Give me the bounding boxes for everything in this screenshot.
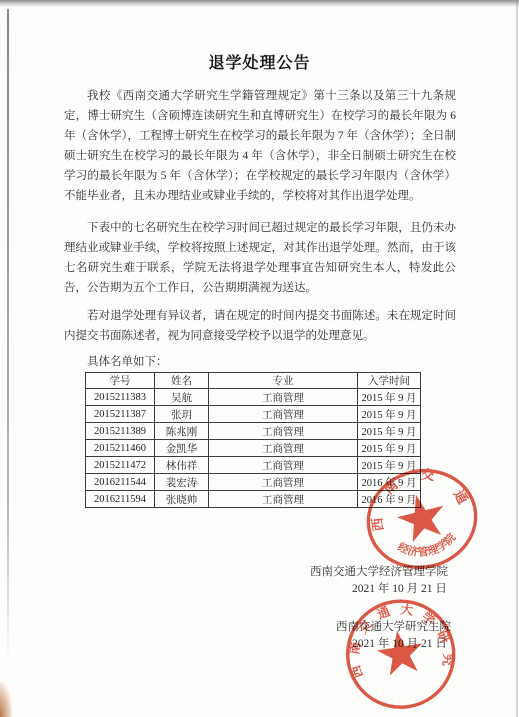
paragraph-objection: 若对退学处理有异议者，请在规定的时间内提交书面陈述。未在规定时间内提交书面陈述者… xyxy=(64,306,456,346)
cell-enroll-date: 2016 年 9 月 xyxy=(358,491,421,508)
cell-name: 裴宏涛 xyxy=(155,474,209,491)
cell-student-id: 2015211383 xyxy=(86,389,155,406)
table-row: 2015211472 林伟祥 工商管理 2015 年 9 月 xyxy=(86,457,421,474)
cell-enroll-date: 2015 年 9 月 xyxy=(358,423,421,440)
cell-major: 工商管理 xyxy=(209,406,358,423)
scanned-notice-page: 退学处理公告 我校《西南交通大学研究生学籍管理规定》第十三条以及第三十九条规定，… xyxy=(0,0,519,717)
header-major: 专业 xyxy=(209,373,358,389)
graduate-school-signature-date: 2021 年 10 月 21 日 xyxy=(352,635,447,651)
table-header-row: 学号 姓名 专业 入学时间 xyxy=(86,373,421,389)
notice-title: 退学处理公告 xyxy=(0,50,519,73)
header-name: 姓名 xyxy=(155,373,209,389)
table-row: 2015211387 张玥 工商管理 2015 年 9 月 xyxy=(86,406,421,423)
cell-name: 陈兆刚 xyxy=(155,423,209,440)
table-row: 2015211389 陈兆刚 工商管理 2015 年 9 月 xyxy=(86,423,421,440)
cell-student-id: 2015211472 xyxy=(86,457,155,474)
university-seal-stamp: 西南交通大学研究生院 xyxy=(332,587,471,717)
cell-name: 吴航 xyxy=(155,389,209,406)
cell-student-id: 2015211389 xyxy=(86,423,155,440)
cell-student-id: 2015211387 xyxy=(86,406,155,423)
cell-enroll-date: 2016 年 9 月 xyxy=(358,474,421,491)
table-row: 2016211594 张晓帅 工商管理 2016 年 9 月 xyxy=(86,491,421,508)
table-row: 2015211383 吴航 工商管理 2015 年 9 月 xyxy=(86,389,421,406)
scan-edge-left-line xyxy=(7,9,9,664)
cell-major: 工商管理 xyxy=(209,389,358,406)
cell-major: 工商管理 xyxy=(209,457,358,474)
cell-enroll-date: 2015 年 9 月 xyxy=(358,389,421,406)
paragraph-regulation: 我校《西南交通大学研究生学籍管理规定》第十三条以及第三十九条规定，博士研究生（含… xyxy=(64,86,456,206)
paragraph-announcement: 下表中的七名研究生在校学习时间已超过规定的最长学习年限，且仍未办理结业或肄业手续… xyxy=(64,218,456,298)
table-row: 2015211460 金凯华 工商管理 2015 年 9 月 xyxy=(86,440,421,457)
cell-major: 工商管理 xyxy=(209,440,358,457)
table-row: 2016211544 裴宏涛 工商管理 2016 年 9 月 xyxy=(86,474,421,491)
cell-major: 工商管理 xyxy=(209,423,358,440)
cell-enroll-date: 2015 年 9 月 xyxy=(358,440,421,457)
college-signature-org: 西南交通大学经济管理学院 xyxy=(310,563,448,579)
cell-student-id: 2016211544 xyxy=(86,474,155,491)
cell-student-id: 2015211460 xyxy=(86,440,155,457)
cell-name: 金凯华 xyxy=(155,440,209,457)
college-signature-date: 2021 年 10 月 21 日 xyxy=(352,580,447,596)
header-student-id: 学号 xyxy=(86,373,155,389)
graduate-school-signature-org: 西南交通大学研究生院 xyxy=(336,618,451,634)
cell-major: 工商管理 xyxy=(209,474,358,491)
students-table: 学号 姓名 专业 入学时间 2015211383 吴航 工商管理 2015 年 … xyxy=(85,372,421,508)
scan-edge-right-line xyxy=(516,0,518,717)
header-enroll-date: 入学时间 xyxy=(358,373,421,389)
cell-name: 林伟祥 xyxy=(155,457,209,474)
seal-ring-circle xyxy=(340,594,461,715)
cell-major: 工商管理 xyxy=(209,491,358,508)
seal-bottom-text: 经济管理学院 xyxy=(393,526,461,566)
cell-enroll-date: 2015 年 9 月 xyxy=(358,457,421,474)
cell-name: 张晓帅 xyxy=(155,491,209,508)
list-intro: 具体名单如下： xyxy=(64,352,168,372)
scan-corner-smudge xyxy=(0,682,12,717)
cell-name: 张玥 xyxy=(155,406,209,423)
cell-enroll-date: 2015 年 9 月 xyxy=(358,406,421,423)
cell-student-id: 2016211594 xyxy=(86,491,155,508)
scan-edge-top xyxy=(0,0,519,7)
